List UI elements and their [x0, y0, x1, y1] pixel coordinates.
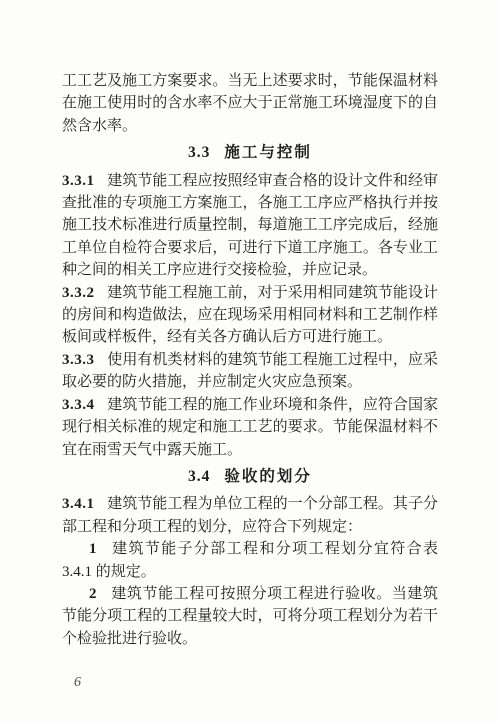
section-heading-3-4: 3.4验收的划分	[62, 466, 438, 488]
sub-item-1: 1建筑节能子分部工程和分项工程划分宜符合表 3.4.1 的规定。	[62, 538, 438, 583]
clause-number: 3.3.2	[62, 285, 95, 301]
section-title: 验收的划分	[224, 468, 312, 485]
sub-item-number: 1	[89, 541, 97, 557]
sub-item-text: 建筑节能子分部工程和分项工程划分宜符合表 3.4.1 的规定。	[62, 541, 438, 579]
clause-3-3-2: 3.3.2建筑节能工程施工前，对于采用相同建筑节能设计的房间和构造做法，应在现场…	[62, 282, 438, 349]
sub-item-2: 2建筑节能工程可按照分项工程进行验收。当建筑节能分项工程的工程量较大时，可将分项…	[62, 583, 438, 650]
section-number: 3.3	[188, 144, 210, 161]
clause-text: 建筑节能工程为单位工程的一个分部工程。其子分部工程和分项工程的划分，应符合下列规…	[62, 496, 438, 534]
clause-number: 3.3.3	[62, 352, 95, 368]
clause-number: 3.4.1	[62, 496, 95, 512]
document-page: 工工艺及施工方案要求。当无上述要求时，节能保温材料在施工使用时的含水率不应大于正…	[0, 0, 500, 724]
clause-3-3-4: 3.3.4建筑节能工程的施工作业环境和条件，应符合国家现行相关标准的规定和施工工…	[62, 394, 438, 461]
clause-text: 建筑节能工程应按照经审查合格的设计文件和经审查批准的专项施工方案施工，各施工工序…	[62, 173, 438, 279]
clause-text: 使用有机类材料的建筑节能工程施工过程中，应采取必要的防火措施，并应制定火灾应急预…	[62, 352, 438, 390]
clause-3-3-1: 3.3.1建筑节能工程应按照经审查合格的设计文件和经审查批准的专项施工方案施工，…	[62, 170, 438, 282]
section-heading-3-3: 3.3施工与控制	[62, 142, 438, 164]
clause-3-3-3: 3.3.3使用有机类材料的建筑节能工程施工过程中，应采取必要的防火措施，并应制定…	[62, 349, 438, 394]
clause-text: 建筑节能工程施工前，对于采用相同建筑节能设计的房间和构造做法，应在现场采用相同材…	[62, 285, 438, 346]
section-number: 3.4	[188, 468, 210, 485]
paragraph-continuation: 工工艺及施工方案要求。当无上述要求时，节能保温材料在施工使用时的含水率不应大于正…	[62, 70, 438, 137]
sub-item-number: 2	[89, 586, 97, 602]
clause-number: 3.3.4	[62, 397, 95, 413]
page-number: 6	[74, 672, 81, 694]
clause-3-4-1: 3.4.1建筑节能工程为单位工程的一个分部工程。其子分部工程和分项工程的划分，应…	[62, 493, 438, 538]
clause-number: 3.3.1	[62, 173, 95, 189]
section-title: 施工与控制	[224, 144, 312, 161]
sub-item-text: 建筑节能工程可按照分项工程进行验收。当建筑节能分项工程的工程量较大时，可将分项工…	[62, 586, 438, 647]
clause-text: 建筑节能工程的施工作业环境和条件，应符合国家现行相关标准的规定和施工工艺的要求。…	[62, 397, 438, 458]
